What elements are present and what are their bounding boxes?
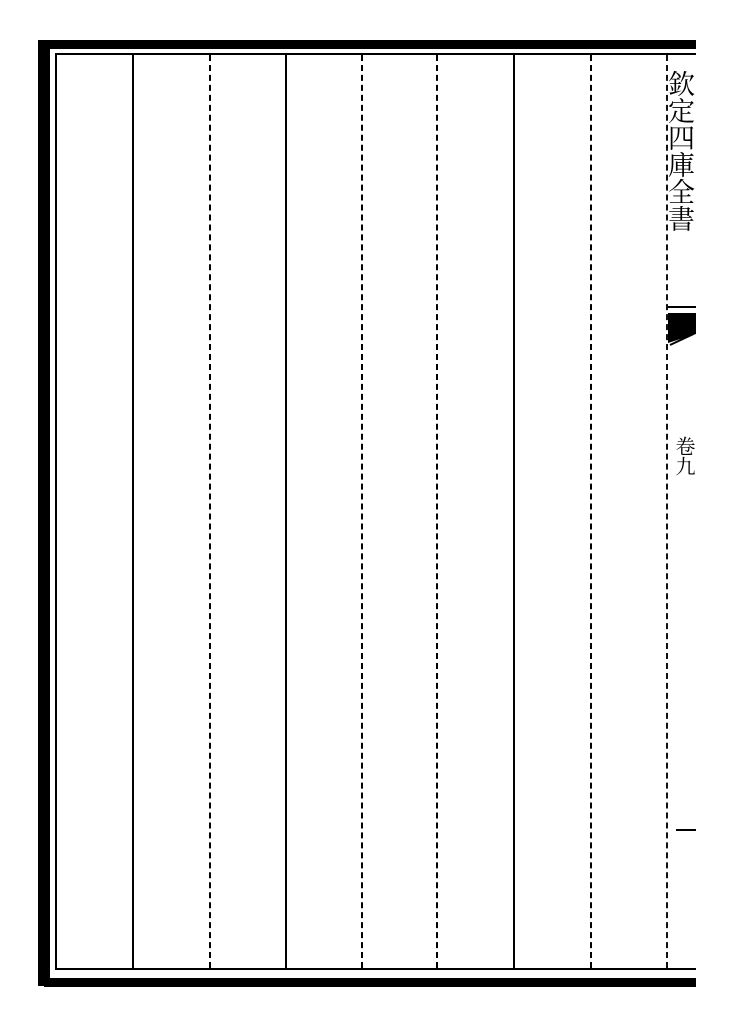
inner-border-top — [55, 53, 696, 55]
column-rule — [513, 55, 515, 968]
column-rule — [361, 55, 363, 968]
book-page: 欽定四庫全書 卷九 — [0, 0, 732, 1024]
column-rule — [590, 55, 592, 968]
inner-border-bottom — [55, 968, 696, 970]
center-fold-title: 欽定四庫全書 — [668, 70, 698, 232]
inner-border-left — [55, 53, 57, 970]
column-rule — [285, 55, 287, 968]
lower-fold-mark — [676, 829, 696, 831]
column-rule — [132, 55, 134, 968]
volume-label: 卷九 — [666, 436, 696, 476]
outer-border-bottom — [44, 978, 696, 987]
title-box-rule — [668, 306, 696, 308]
outer-border-left — [38, 40, 50, 986]
outer-border-top — [38, 40, 696, 49]
column-rule — [436, 55, 438, 968]
column-rule — [209, 55, 211, 968]
